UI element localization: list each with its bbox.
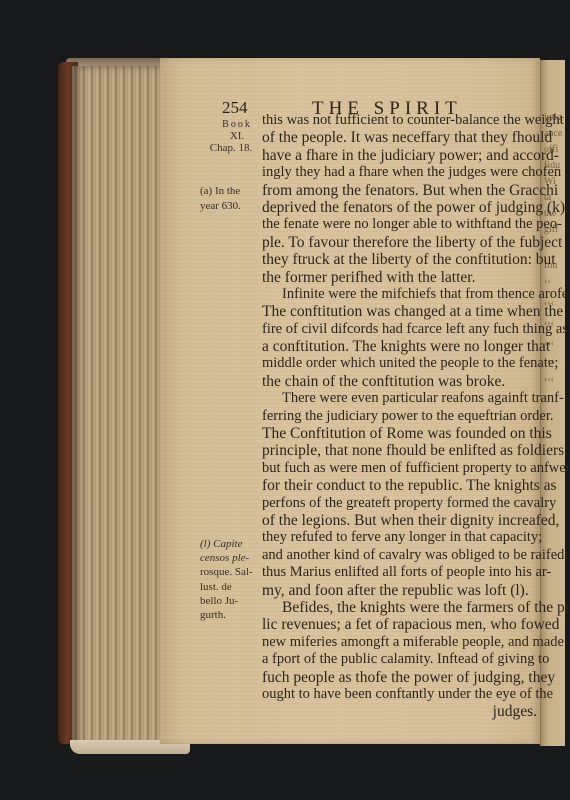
text-line: The conftitution was changed at a time w… bbox=[262, 303, 537, 320]
text-line: my, and foon after the republic was loft… bbox=[262, 582, 537, 599]
text-line: and another kind of cavalry was obliged … bbox=[262, 547, 537, 564]
marginal-note-a: (a) In the year 630. bbox=[200, 184, 264, 214]
page-stack-fore-edge bbox=[72, 66, 166, 750]
text-line: they refufed to ferve any longer in that… bbox=[262, 529, 537, 546]
text-line: new miferies amongft a miferable people,… bbox=[262, 634, 537, 651]
text-line: middle order which united the people to … bbox=[262, 355, 537, 372]
text-line: ought to have been conftantly under the … bbox=[262, 686, 537, 703]
text-line: principle, that none fhould be enlifted … bbox=[262, 442, 537, 459]
text-line: of the people. It was neceffary that the… bbox=[262, 129, 537, 146]
text-line: ferring the judiciary power to the equef… bbox=[262, 408, 537, 425]
text-line: thus Marius enlifted all forts of people… bbox=[262, 564, 537, 581]
text-line: the chain of the conftitution was broke. bbox=[262, 373, 537, 390]
next-page-fragment: ‹‹‹ bbox=[544, 374, 554, 385]
note-line: bello Ju- bbox=[200, 594, 262, 608]
text-line: for their conduct to the republic. The k… bbox=[262, 477, 537, 494]
text-line: a conftitution. The knights were no long… bbox=[262, 338, 537, 355]
text-line: but fuch as were men of fufficient prope… bbox=[262, 460, 537, 477]
text-line: they ftruck at the liberty of the confti… bbox=[262, 251, 537, 268]
text-line: ple. To favour therefore the liberty of … bbox=[262, 234, 537, 251]
note-line: (l) Capite bbox=[200, 537, 262, 551]
body-text: this was not fufficient to counter-balan… bbox=[262, 112, 537, 721]
marginal-note-b: (l) Capite censos ple- rosque. Sal- lust… bbox=[200, 537, 262, 622]
text-line: the former perifhed with the latter. bbox=[262, 269, 537, 286]
text-line: of the legions. But when their dignity i… bbox=[262, 512, 537, 529]
text-line-catchword: judges. bbox=[262, 703, 537, 720]
text-line: ingly they had a fhare when the judges w… bbox=[262, 164, 537, 181]
text-line: The Conftitution of Rome was founded on … bbox=[262, 425, 537, 442]
text-line: fire of civil difcords had fcarce left a… bbox=[262, 321, 537, 338]
text-line: have a fhare in the judiciary power; and… bbox=[262, 147, 537, 164]
note-line: rosque. Sal- bbox=[200, 565, 262, 579]
text-line: lic revenues; a fet of rapacious men, wh… bbox=[262, 616, 537, 633]
text-line: a fport of the public calamity. Inftead … bbox=[262, 651, 537, 668]
note-line: (a) In the bbox=[200, 184, 264, 199]
text-line: fuch people as thofe the power of judgin… bbox=[262, 669, 537, 686]
chapter-label: Chap. 18. bbox=[200, 141, 262, 155]
text-line: deprived the fenators of the power of ju… bbox=[262, 199, 537, 216]
note-line: censos ple- bbox=[200, 551, 262, 565]
text-line: There were even particular reafons again… bbox=[262, 390, 537, 407]
note-line: year 630. bbox=[200, 199, 264, 214]
note-line: gurth. bbox=[200, 608, 262, 622]
text-line: perfons of the greateft property formed … bbox=[262, 495, 537, 512]
text-line: Befides, the knights were the farmers of… bbox=[262, 599, 537, 616]
text-line: this was not fufficient to counter-balan… bbox=[262, 112, 537, 129]
page-number: 254 bbox=[222, 98, 248, 118]
note-line: lust. de bbox=[200, 580, 262, 594]
text-line: the fenate were no longer able to withft… bbox=[262, 216, 537, 233]
text-line: Infinite were the mifchiefs that from th… bbox=[262, 286, 537, 303]
text-line: from among the fenators. But when the Gr… bbox=[262, 182, 537, 199]
